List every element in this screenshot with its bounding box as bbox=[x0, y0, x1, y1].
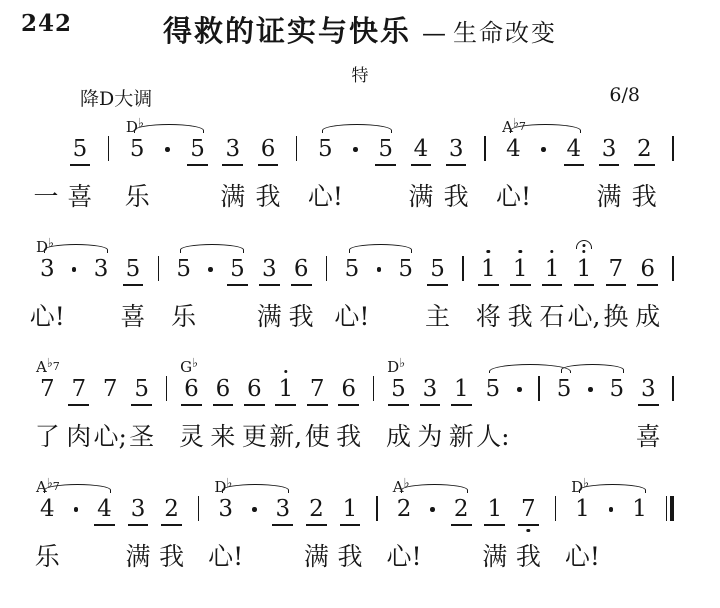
note-digit: 5 bbox=[557, 376, 572, 402]
note: 2A♭心! bbox=[397, 496, 412, 522]
music-system: 3D♭心!35喜5乐53满6我5心!55主1将1我1石1心,7换6成 bbox=[40, 228, 674, 336]
lyric-syllable: 来 bbox=[210, 424, 235, 449]
eighth-underline bbox=[68, 404, 89, 406]
duration-dot bbox=[430, 507, 435, 512]
key-signature: 降D大调 bbox=[80, 84, 152, 108]
note: 1石 bbox=[545, 256, 560, 282]
note-digit: 2 bbox=[454, 496, 469, 522]
note-digit: 6 bbox=[247, 376, 262, 402]
barline bbox=[296, 136, 298, 161]
octave-dot-above bbox=[518, 250, 521, 253]
lyric-syllable: 了 bbox=[35, 424, 60, 449]
note-digit: 6 bbox=[261, 136, 276, 162]
lyric-syllable: 喜 bbox=[67, 184, 92, 209]
tie-arc bbox=[134, 124, 204, 133]
title-dash: — bbox=[422, 19, 446, 47]
note: 6G♭灵 bbox=[184, 376, 199, 402]
lyric-syllable: 我 bbox=[255, 184, 280, 209]
lyric-syllable: 满 bbox=[597, 184, 622, 209]
lyric-syllable: 新, bbox=[269, 424, 302, 449]
note-digit: 1 bbox=[278, 376, 293, 402]
barline bbox=[555, 496, 557, 521]
eighth-underline bbox=[258, 164, 279, 166]
note-digit: 4 bbox=[414, 136, 429, 162]
eighth-underline bbox=[307, 404, 328, 406]
eighth-underline bbox=[128, 524, 149, 526]
barline bbox=[672, 256, 674, 281]
time-signature: 6/8 bbox=[609, 84, 640, 108]
lyric-syllable: 主 bbox=[425, 304, 450, 329]
note-digit: 7 bbox=[609, 256, 624, 282]
flat-sign: ♭ bbox=[399, 355, 405, 370]
chord-label: D♭ bbox=[387, 359, 405, 375]
tie-arc bbox=[44, 484, 111, 493]
eighth-underline bbox=[542, 284, 563, 286]
chord-root: A bbox=[36, 358, 47, 376]
eighth-underline bbox=[340, 524, 361, 526]
note: 3D♭心! bbox=[40, 256, 55, 282]
lyric-syllable: 更 bbox=[242, 424, 267, 449]
barline bbox=[158, 256, 160, 281]
eighth-underline bbox=[484, 524, 505, 526]
tie-arc bbox=[579, 484, 646, 493]
lyric-syllable: 满 bbox=[304, 544, 329, 569]
duration-dot bbox=[353, 147, 358, 152]
note: 1D♭心! bbox=[575, 496, 590, 522]
duration-dot bbox=[517, 387, 522, 392]
note: 5 bbox=[230, 256, 245, 282]
note-digit: 7 bbox=[103, 376, 118, 402]
eighth-underline bbox=[213, 404, 234, 406]
eighth-underline bbox=[634, 164, 655, 166]
note-digit: 2 bbox=[309, 496, 324, 522]
tie-arc bbox=[44, 244, 108, 253]
note-digit: 3 bbox=[225, 136, 240, 162]
eighth-underline bbox=[227, 284, 248, 286]
note-digit: 7 bbox=[71, 376, 86, 402]
eighth-underline bbox=[222, 164, 243, 166]
eighth-underline bbox=[606, 284, 627, 286]
tie-arc bbox=[349, 244, 412, 253]
note-digit: 6 bbox=[184, 376, 199, 402]
lyric-syllable: 喜 bbox=[636, 424, 661, 449]
eighth-underline bbox=[518, 524, 539, 526]
note: 7心; bbox=[103, 376, 118, 402]
note-digit: 5 bbox=[378, 136, 393, 162]
note-digit: 7 bbox=[521, 496, 536, 522]
lyric-syllable: 心! bbox=[496, 184, 531, 209]
note: 2满 bbox=[309, 496, 324, 522]
lyric-syllable: 石 bbox=[540, 304, 565, 329]
note: 5D♭成 bbox=[391, 376, 406, 402]
note: 3我 bbox=[449, 136, 464, 162]
note: 1满 bbox=[487, 496, 502, 522]
barline bbox=[538, 376, 540, 401]
note-digit: 5 bbox=[126, 256, 141, 282]
note: 1将 bbox=[481, 256, 496, 282]
tie-arc bbox=[222, 484, 289, 493]
flat-sign: ♭ bbox=[192, 355, 198, 370]
hymn-number: 242 bbox=[21, 10, 72, 37]
barline bbox=[108, 136, 110, 161]
fermata-icon bbox=[576, 240, 592, 249]
hymn-title: 得救的证实与快乐 bbox=[163, 14, 411, 48]
lyric-syllable: 我 bbox=[508, 304, 533, 329]
eighth-underline bbox=[638, 404, 659, 406]
eighth-underline bbox=[637, 284, 658, 286]
music-system: 7A♭7了7肉7心;5圣6G♭灵6来6更1新,7使6我5D♭成3为1新5人:55… bbox=[40, 348, 674, 456]
duration-dot bbox=[72, 267, 77, 272]
note-digit: 5 bbox=[485, 376, 500, 402]
lyric-syllable: 我 bbox=[444, 184, 469, 209]
lyric-syllable: 新 bbox=[449, 424, 474, 449]
note: 3满 bbox=[262, 256, 277, 282]
note-digit: 3 bbox=[40, 256, 55, 282]
octave-dot-above bbox=[550, 250, 553, 253]
note-digit: 1 bbox=[632, 496, 647, 522]
eighth-underline bbox=[70, 164, 91, 166]
note: 5D♭乐 bbox=[130, 136, 145, 162]
eighth-underline bbox=[574, 284, 595, 286]
note-digit: 3 bbox=[94, 256, 109, 282]
barline bbox=[672, 376, 674, 401]
note: 5 bbox=[557, 376, 572, 402]
note: 7肉 bbox=[71, 376, 86, 402]
lyric-syllable: 圣 bbox=[129, 424, 154, 449]
eighth-underline bbox=[451, 524, 472, 526]
note: 5 bbox=[610, 376, 625, 402]
note: 6我 bbox=[341, 376, 356, 402]
lyric-syllable: 乐 bbox=[171, 304, 196, 329]
duration-dot bbox=[74, 507, 79, 512]
lyric-syllable: 我 bbox=[632, 184, 657, 209]
note-digit: 5 bbox=[176, 256, 191, 282]
note-digit: 4 bbox=[40, 496, 55, 522]
lyric-syllable: 为 bbox=[417, 424, 442, 449]
lyric-syllable: 心! bbox=[334, 304, 369, 329]
lyric-syllable: 我 bbox=[289, 304, 314, 329]
octave-dot-above bbox=[487, 250, 490, 253]
note: 5心! bbox=[345, 256, 360, 282]
barline bbox=[462, 256, 464, 281]
note: 1新 bbox=[454, 376, 469, 402]
note: 1新, bbox=[278, 376, 293, 402]
eighth-underline bbox=[181, 404, 202, 406]
note-digit: 3 bbox=[641, 376, 656, 402]
note: 5心! bbox=[318, 136, 333, 162]
chord-root: A bbox=[502, 118, 513, 136]
lyric-syllable: 将 bbox=[476, 304, 501, 329]
note-digit: 1 bbox=[487, 496, 502, 522]
duration-dot bbox=[165, 147, 170, 152]
note: 2我 bbox=[164, 496, 179, 522]
note-digit: 5 bbox=[73, 136, 88, 162]
note-digit: 5 bbox=[230, 256, 245, 282]
eighth-underline bbox=[338, 404, 359, 406]
note-digit: 6 bbox=[294, 256, 309, 282]
lyric-syllable: 我 bbox=[516, 544, 541, 569]
lyric-syllable: 一 bbox=[33, 184, 58, 209]
note-digit: 2 bbox=[397, 496, 412, 522]
note: 6更 bbox=[247, 376, 262, 402]
note: 6来 bbox=[216, 376, 231, 402]
eighth-underline bbox=[259, 284, 280, 286]
music-system: 一5喜5D♭乐53满6我5心!54满3我4A♭7心!43满2我 bbox=[40, 108, 674, 216]
note: 5圣 bbox=[134, 376, 149, 402]
note: 5主 bbox=[430, 256, 445, 282]
note-digit: 6 bbox=[640, 256, 655, 282]
note: 4A♭7心! bbox=[506, 136, 521, 162]
eighth-underline bbox=[375, 164, 396, 166]
barline bbox=[326, 256, 328, 281]
note-digit: 1 bbox=[545, 256, 560, 282]
note: 6我 bbox=[261, 136, 276, 162]
eighth-underline bbox=[123, 284, 144, 286]
duration-dot bbox=[541, 147, 546, 152]
tie-arc bbox=[180, 244, 244, 253]
note-digit: 3 bbox=[218, 496, 233, 522]
music-system: 4A♭7乐43满2我3D♭心!32满1我2A♭心!21满7我1D♭心!1 bbox=[40, 468, 674, 576]
eighth-underline bbox=[187, 164, 208, 166]
note-digit: 5 bbox=[134, 376, 149, 402]
eighth-underline bbox=[244, 404, 265, 406]
score: 一5喜5D♭乐53满6我5心!54满3我4A♭7心!43满2我3D♭心!35喜5… bbox=[0, 108, 720, 576]
note: 3满 bbox=[225, 136, 240, 162]
note: 5 bbox=[398, 256, 413, 282]
note-digit: 1 bbox=[454, 376, 469, 402]
note-digit: 4 bbox=[567, 136, 582, 162]
tie-arc bbox=[322, 124, 392, 133]
lyric-syllable: 肉 bbox=[66, 424, 91, 449]
lyric-syllable: 满 bbox=[220, 184, 245, 209]
tie-arc bbox=[510, 124, 581, 133]
note: 1我 bbox=[513, 256, 528, 282]
eighth-underline bbox=[306, 524, 327, 526]
note-digit: 5 bbox=[130, 136, 145, 162]
meter-category: 特 bbox=[0, 61, 720, 81]
note-digit: 1 bbox=[513, 256, 528, 282]
note: 4满 bbox=[414, 136, 429, 162]
octave-dot-above bbox=[284, 370, 287, 373]
note: 5喜 bbox=[73, 136, 88, 162]
note-digit: 6 bbox=[216, 376, 231, 402]
lyric-syllable: 喜 bbox=[120, 304, 145, 329]
octave-dot-above bbox=[582, 250, 585, 253]
hymn-sheet-page: 242 得救的证实与快乐—生命改变 特 降D大调 6/8 一5喜5D♭乐53满6… bbox=[0, 0, 720, 608]
note: 5 bbox=[378, 136, 393, 162]
flat-sign: ♭ bbox=[47, 355, 53, 370]
lyric-syllable: 满 bbox=[408, 184, 433, 209]
eighth-underline bbox=[599, 164, 620, 166]
eighth-underline bbox=[478, 284, 499, 286]
lyric-syllable: 心! bbox=[565, 544, 600, 569]
note-digit: 1 bbox=[481, 256, 496, 282]
notes-row: 4A♭7乐43满2我3D♭心!32满1我2A♭心!21满7我1D♭心!1 bbox=[40, 492, 674, 522]
note: 2我 bbox=[637, 136, 652, 162]
note: 6我 bbox=[294, 256, 309, 282]
chord-root: D bbox=[387, 358, 399, 376]
note-digit: 5 bbox=[398, 256, 413, 282]
eighth-underline bbox=[161, 524, 182, 526]
eighth-underline bbox=[411, 164, 432, 166]
note: 2 bbox=[454, 496, 469, 522]
note: 4A♭7乐 bbox=[40, 496, 55, 522]
note-digit: 3 bbox=[262, 256, 277, 282]
note: 3喜 bbox=[641, 376, 656, 402]
note: 7我 bbox=[521, 496, 536, 522]
lyric-syllable: 满 bbox=[257, 304, 282, 329]
note: 5人: bbox=[485, 376, 500, 402]
note-digit: 5 bbox=[190, 136, 205, 162]
lyric-syllable: 心! bbox=[30, 304, 65, 329]
duration-dot bbox=[609, 507, 614, 512]
note: 3为 bbox=[423, 376, 438, 402]
note: 1我 bbox=[343, 496, 358, 522]
lyric-syllable: 心! bbox=[387, 544, 422, 569]
note: 3满 bbox=[602, 136, 617, 162]
tie-arc bbox=[561, 364, 624, 373]
note-digit: 6 bbox=[341, 376, 356, 402]
eighth-underline bbox=[564, 164, 585, 166]
lyric-lead-in: 一 bbox=[40, 136, 52, 162]
note: 3 bbox=[275, 496, 290, 522]
chord-label: A♭7 bbox=[36, 359, 60, 375]
note-digit: 7 bbox=[40, 376, 55, 402]
note: 4 bbox=[567, 136, 582, 162]
barline bbox=[166, 376, 168, 401]
barline bbox=[376, 496, 378, 521]
lyric-syllable: 心! bbox=[308, 184, 343, 209]
lyric-syllable: 满 bbox=[482, 544, 507, 569]
chord-extension: 7 bbox=[53, 360, 60, 373]
eighth-underline bbox=[131, 404, 152, 406]
note-digit: 2 bbox=[637, 136, 652, 162]
note-digit: 5 bbox=[610, 376, 625, 402]
note-digit: 5 bbox=[318, 136, 333, 162]
duration-dot bbox=[377, 267, 382, 272]
note-digit: 2 bbox=[164, 496, 179, 522]
chord-label: G♭ bbox=[180, 359, 198, 375]
chord-root: G bbox=[180, 358, 192, 376]
lyric-syllable: 我 bbox=[336, 424, 361, 449]
eighth-underline bbox=[510, 284, 531, 286]
hymn-subtitle: 生命改变 bbox=[453, 19, 557, 47]
notes-row: 一5喜5D♭乐53满6我5心!54满3我4A♭7心!43满2我 bbox=[40, 132, 674, 162]
note-digit: 3 bbox=[131, 496, 146, 522]
note: 1 bbox=[632, 496, 647, 522]
note-digit: 5 bbox=[391, 376, 406, 402]
note-digit: 5 bbox=[345, 256, 360, 282]
note-digit: 3 bbox=[275, 496, 290, 522]
note: 5喜 bbox=[126, 256, 141, 282]
note-digit: 7 bbox=[310, 376, 325, 402]
note: 5 bbox=[190, 136, 205, 162]
note: 4 bbox=[97, 496, 112, 522]
lyric-syllable: 灵 bbox=[179, 424, 204, 449]
notes-row: 7A♭7了7肉7心;5圣6G♭灵6来6更1新,7使6我5D♭成3为1新5人:55… bbox=[40, 372, 674, 402]
lyric-syllable: 心! bbox=[208, 544, 243, 569]
note-digit: 4 bbox=[506, 136, 521, 162]
lyric-syllable: 成 bbox=[386, 424, 411, 449]
lyric-syllable: 我 bbox=[159, 544, 184, 569]
note: 7换 bbox=[609, 256, 624, 282]
lyric-syllable: 乐 bbox=[125, 184, 150, 209]
lyric-syllable: 人: bbox=[476, 424, 509, 449]
title-row: 得救的证实与快乐—生命改变 bbox=[0, 0, 720, 53]
note-digit: 3 bbox=[449, 136, 464, 162]
lyric-syllable: 我 bbox=[337, 544, 362, 569]
note-digit: 1 bbox=[577, 256, 592, 282]
note-digit: 5 bbox=[430, 256, 445, 282]
barline bbox=[672, 136, 674, 161]
note: 3 bbox=[94, 256, 109, 282]
note-digit: 1 bbox=[575, 496, 590, 522]
barline bbox=[198, 496, 200, 521]
eighth-underline bbox=[420, 404, 441, 406]
lyric-syllable: 乐 bbox=[35, 544, 60, 569]
octave-dot-below bbox=[527, 529, 530, 532]
eighth-underline bbox=[446, 164, 467, 166]
note-digit: 3 bbox=[602, 136, 617, 162]
eighth-underline bbox=[451, 404, 472, 406]
final-barline bbox=[666, 496, 674, 521]
lyric-syllable: 换 bbox=[603, 304, 628, 329]
note: 5乐 bbox=[176, 256, 191, 282]
tie-arc bbox=[401, 484, 468, 493]
barline bbox=[484, 136, 486, 161]
tie-arc bbox=[489, 364, 571, 373]
eighth-underline bbox=[388, 404, 409, 406]
note: 7A♭7了 bbox=[40, 376, 55, 402]
note-digit: 3 bbox=[423, 376, 438, 402]
duration-dot bbox=[208, 267, 213, 272]
note: 3D♭心! bbox=[218, 496, 233, 522]
lyric-syllable: 使 bbox=[305, 424, 330, 449]
note: 7使 bbox=[310, 376, 325, 402]
lyric-syllable: 成 bbox=[635, 304, 660, 329]
eighth-underline bbox=[94, 524, 115, 526]
lyric-syllable: 心; bbox=[93, 424, 126, 449]
chord-root: A bbox=[393, 478, 404, 496]
eighth-underline bbox=[272, 524, 293, 526]
duration-dot bbox=[252, 507, 257, 512]
note: 3满 bbox=[131, 496, 146, 522]
eighth-underline bbox=[275, 404, 296, 406]
eighth-underline bbox=[291, 284, 312, 286]
eighth-underline bbox=[427, 284, 448, 286]
duration-dot bbox=[588, 387, 593, 392]
notes-row: 3D♭心!35喜5乐53满6我5心!55主1将1我1石1心,7换6成 bbox=[40, 252, 674, 282]
note-digit: 4 bbox=[97, 496, 112, 522]
barline bbox=[373, 376, 375, 401]
note: 6成 bbox=[640, 256, 655, 282]
lyric-syllable: 满 bbox=[125, 544, 150, 569]
note: 1心, bbox=[577, 256, 592, 282]
lyric-syllable: 心, bbox=[567, 304, 600, 329]
note-digit: 1 bbox=[343, 496, 358, 522]
